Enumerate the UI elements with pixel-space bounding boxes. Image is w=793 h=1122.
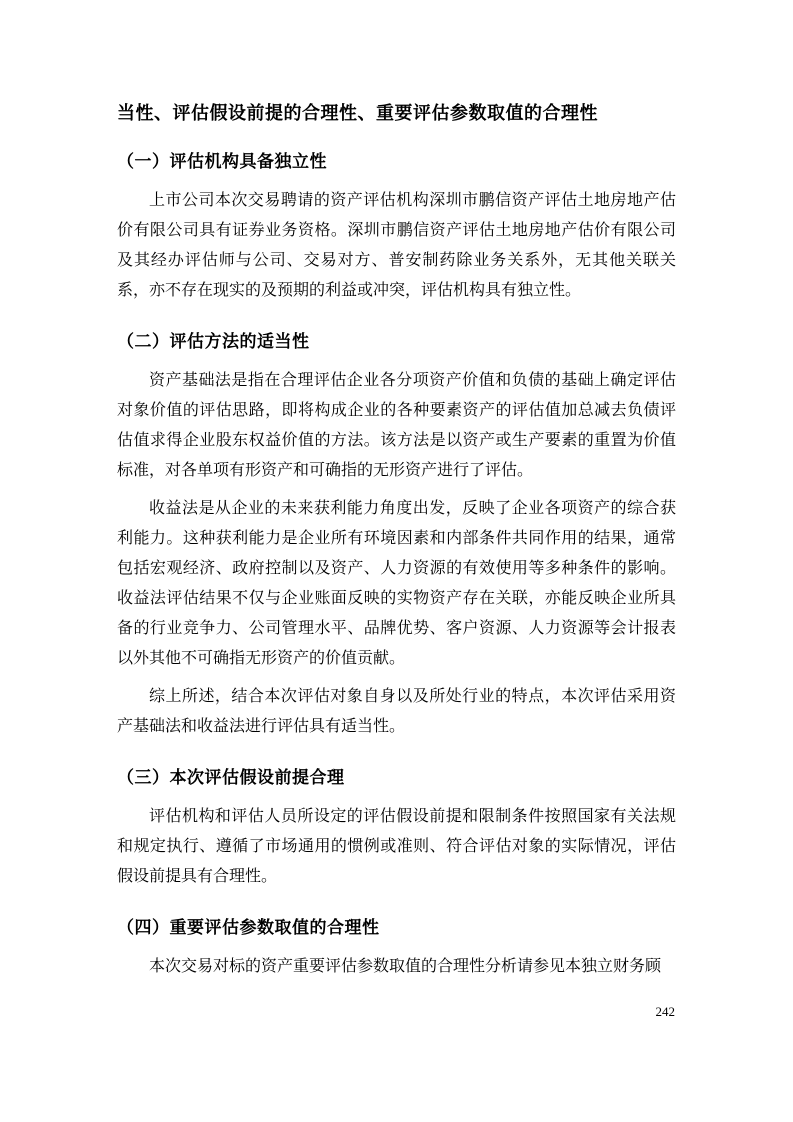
section-1-paragraph-1: 上市公司本次交易聘请的资产评估机构深圳市鹏信资产评估土地房地产估价有限公司具有证… [117,186,676,306]
document-page: 当性、评估假设前提的合理性、重要评估参数取值的合理性 （一）评估机构具备独立性 … [0,0,793,1122]
page-title: 当性、评估假设前提的合理性、重要评估参数取值的合理性 [117,100,676,126]
section-3-paragraph-1: 评估机构和评估人员所设定的评估假设前提和限制条件按照国家有关法规和规定执行、遵循… [117,802,676,892]
section-3: （三）本次评估假设前提合理 评估机构和评估人员所设定的评估假设前提和限制条件按照… [117,766,676,892]
section-4: （四）重要评估参数取值的合理性 本次交易对标的资产重要评估参数取值的合理性分析请… [117,916,676,982]
section-4-heading: （四）重要评估参数取值的合理性 [117,916,676,940]
section-3-heading: （三）本次评估假设前提合理 [117,766,676,790]
section-1: （一）评估机构具备独立性 上市公司本次交易聘请的资产评估机构深圳市鹏信资产评估土… [117,150,676,306]
section-2-heading: （二）评估方法的适当性 [117,330,676,354]
section-1-heading: （一）评估机构具备独立性 [117,150,676,174]
document-content: 当性、评估假设前提的合理性、重要评估参数取值的合理性 （一）评估机构具备独立性 … [0,0,793,982]
section-2-paragraph-1: 资产基础法是指在合理评估企业各分项资产价值和负债的基础上确定评估对象价值的评估思… [117,366,676,486]
page-number: 242 [656,1004,676,1020]
section-2-paragraph-3: 综上所述，结合本次评估对象自身以及所处行业的特点，本次评估采用资产基础法和收益法… [117,682,676,742]
section-2-paragraph-2: 收益法是从企业的未来获利能力角度出发，反映了企业各项资产的综合获利能力。这种获利… [117,494,676,674]
section-4-paragraph-1: 本次交易对标的资产重要评估参数取值的合理性分析请参见本独立财务顾 [117,952,676,982]
section-2: （二）评估方法的适当性 资产基础法是指在合理评估企业各分项资产价值和负债的基础上… [117,330,676,742]
